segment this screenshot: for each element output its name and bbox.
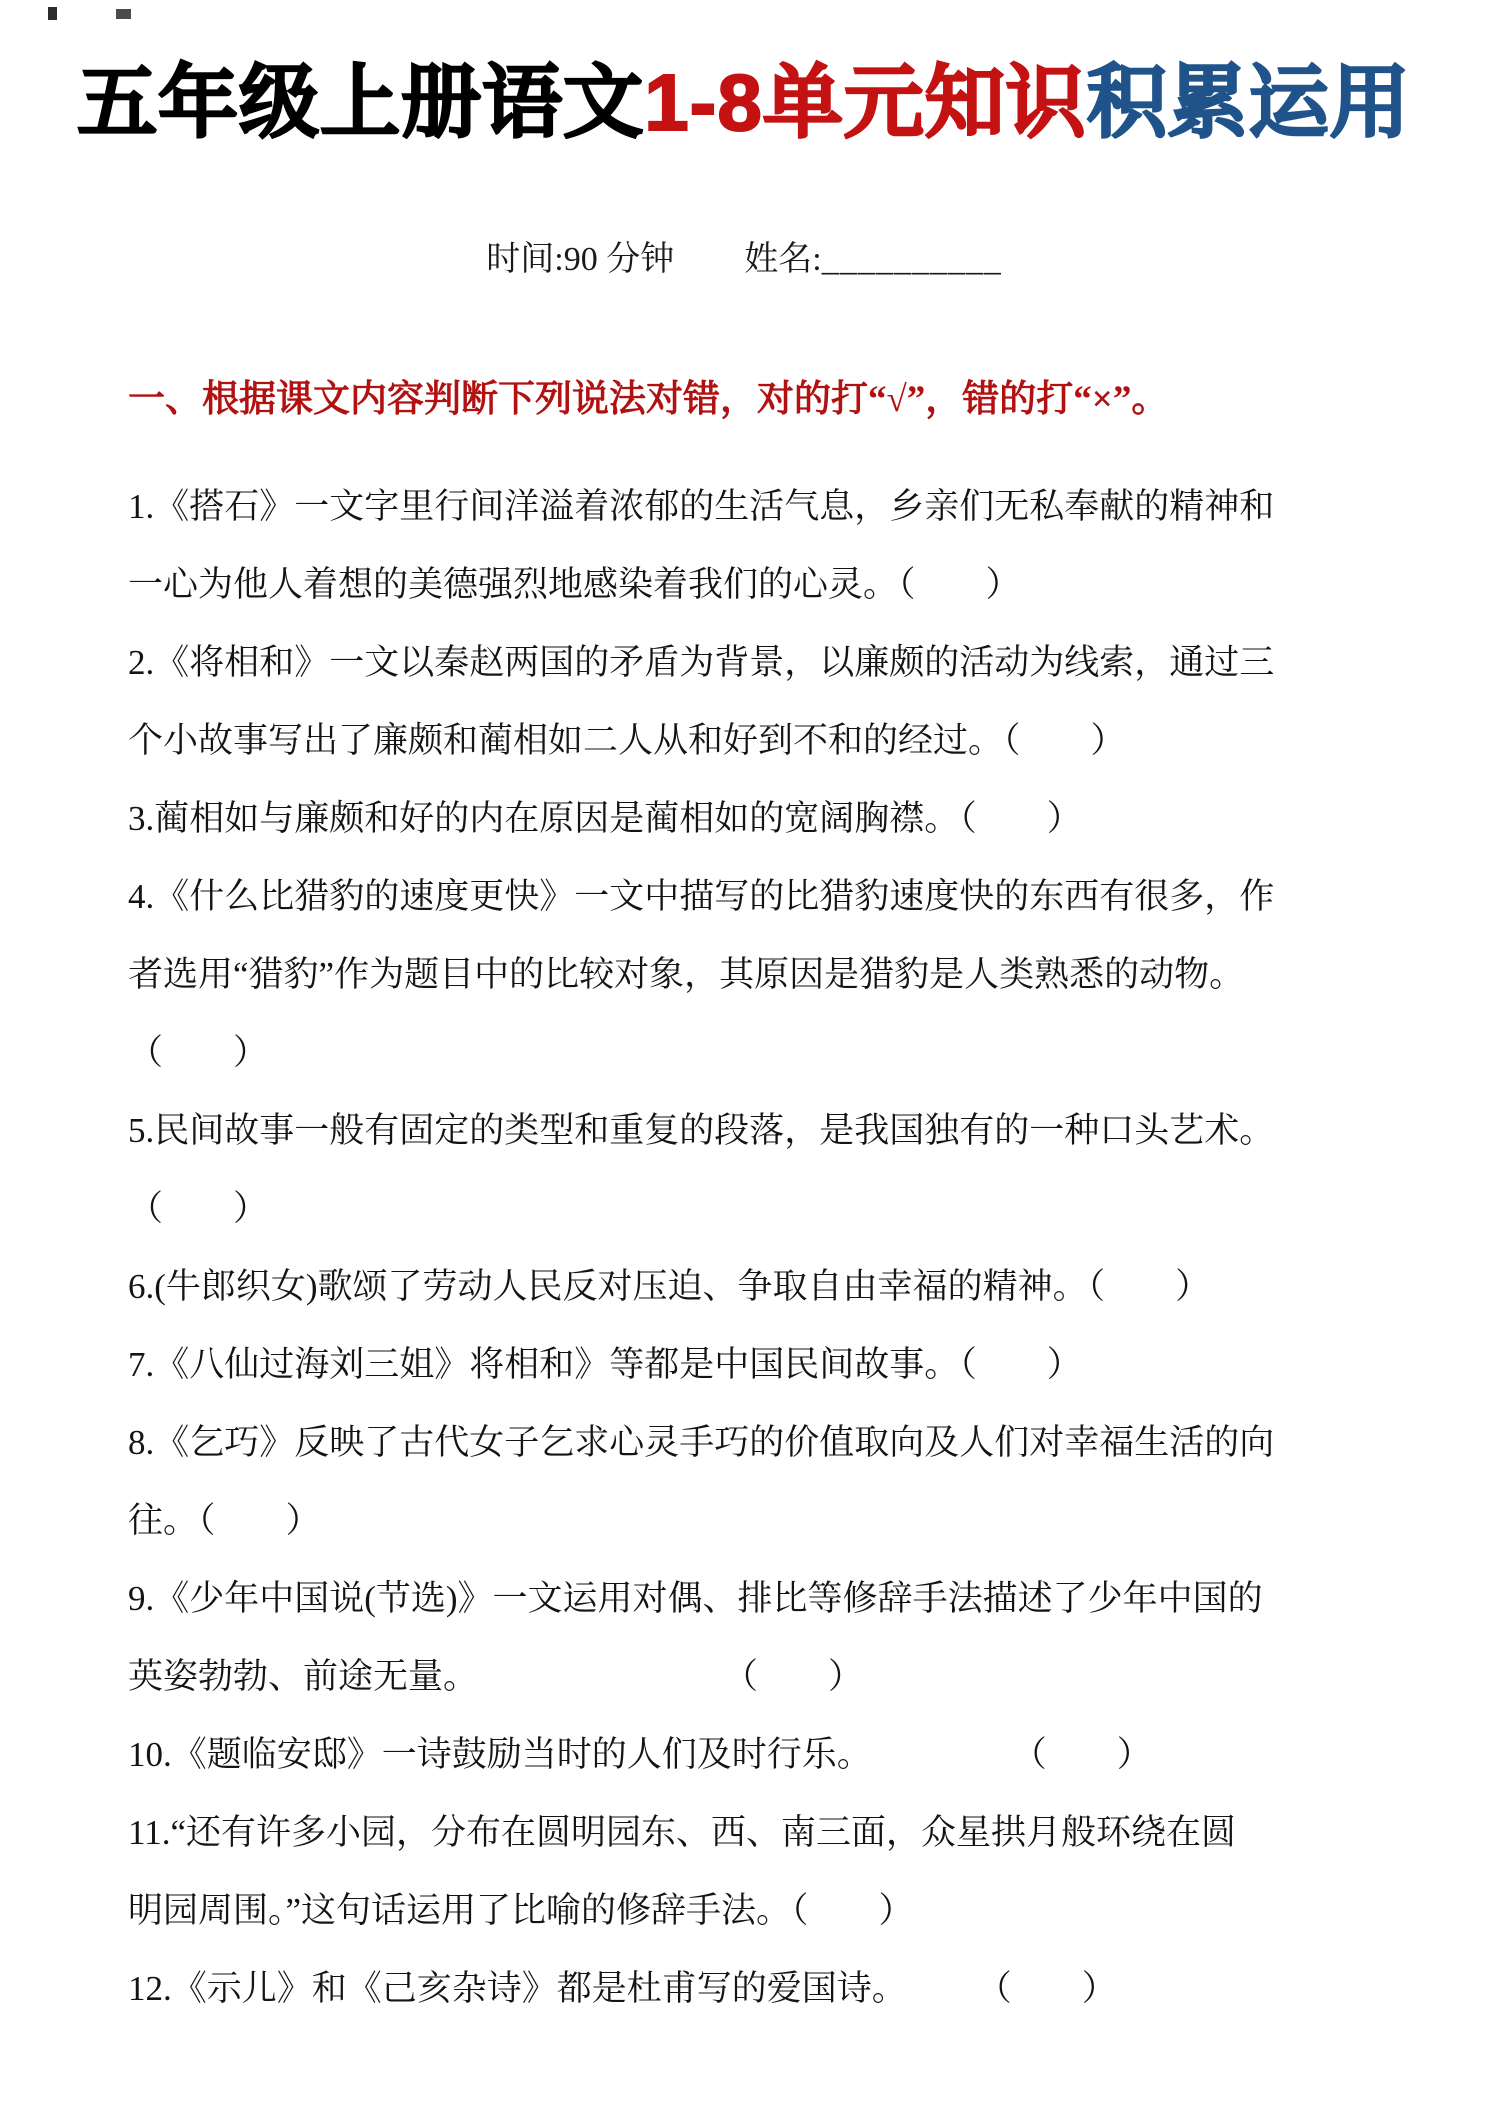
exam-meta: 时间:90 分钟姓名:__________ <box>0 238 1488 282</box>
title-part-black: 五年级上册语文 <box>77 58 644 147</box>
title-part-blue: 积累运用 <box>1087 58 1411 147</box>
question-9: 9.《少年中国说(节选)》一文运用对偶、排比等修辞手法描述了少年中国的 英姿勃勃… <box>128 1560 1360 1716</box>
name-label: 姓名: <box>744 241 821 278</box>
question-3: 3.蔺相如与廉颇和好的内在原因是蔺相如的宽阔胸襟。（ ） <box>128 780 1360 858</box>
section-1-heading: 一、根据课文内容判断下列说法对错，对的打“√”，错的打“×”。 <box>128 376 1368 424</box>
question-list: 1.《搭石》一文字里行间洋溢着浓郁的生活气息，乡亲们无私奉献的精神和 一心为他人… <box>128 468 1360 2028</box>
scan-speck <box>48 7 57 20</box>
question-4: 4.《什么比猎豹的速度更快》一文中描写的比猎豹速度快的东西有很多，作 者选用“猎… <box>128 858 1360 1092</box>
question-12: 12.《示儿》和《己亥杂诗》都是杜甫写的爱国诗。 （ ） <box>128 1950 1360 2028</box>
question-10: 10.《题临安邸》一诗鼓励当时的人们及时行乐。 （ ） <box>128 1716 1360 1794</box>
question-6: 6.(牛郎织女)歌颂了劳动人民反对压迫、争取自由幸福的精神。（ ） <box>128 1248 1360 1326</box>
question-8: 8.《乞巧》反映了古代女子乞求心灵手巧的价值取向及人们对幸福生活的向 往。（ ） <box>128 1404 1360 1560</box>
question-5: 5.民间故事一般有固定的类型和重复的段落，是我国独有的一种口头艺术。 （ ） <box>128 1092 1360 1248</box>
page-title: 五年级上册语文1-8单元知识积累运用 <box>0 58 1488 148</box>
question-2: 2.《将相和》一文以秦赵两国的矛盾为背景，以廉颇的活动为线索，通过三 个小故事写… <box>128 624 1360 780</box>
time-label: 时间:90 分钟 <box>486 241 674 278</box>
worksheet-page: 五年级上册语文1-8单元知识积累运用 时间:90 分钟姓名:__________… <box>0 0 1488 2105</box>
title-part-red: 1-8单元知识 <box>644 58 1087 147</box>
question-1: 1.《搭石》一文字里行间洋溢着浓郁的生活气息，乡亲们无私奉献的精神和 一心为他人… <box>128 468 1360 624</box>
name-blank-line: __________ <box>822 241 1002 278</box>
question-11: 11.“还有许多小园，分布在圆明园东、西、南三面，众星拱月般环绕在圆 明园周围。… <box>128 1794 1360 1950</box>
scan-speck <box>116 9 131 19</box>
question-7: 7.《八仙过海刘三姐》将相和》等都是中国民间故事。（ ） <box>128 1326 1360 1404</box>
